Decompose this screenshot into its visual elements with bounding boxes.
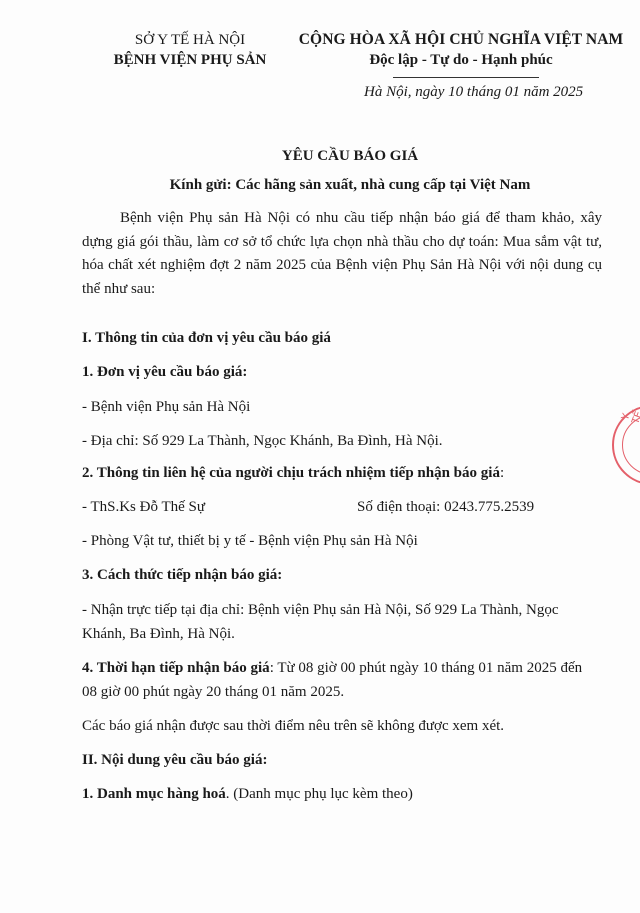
document-title: YÊU CẦU BÁO GIÁ [80, 148, 620, 165]
document-date: Hà Nội, ngày 10 tháng 01 năm 2025 [364, 84, 583, 101]
receipt-method-line1: - Nhận trực tiếp tại địa chỉ: Bệnh viện … [82, 602, 559, 619]
subsection-4-heading: 4. Thời hạn tiếp nhận báo giá: Từ 08 giờ… [82, 660, 582, 677]
subsection-3-heading: 3. Cách thức tiếp nhận báo giá: [82, 567, 282, 584]
late-quote-note: Các báo giá nhận được sau thời điểm nêu … [82, 718, 504, 735]
national-header: CỘNG HÒA XÃ HỘI CHỦ NGHĨA VIỆT NAM Độc l… [296, 30, 626, 70]
department-name: SỞ Y TẾ HÀ NỘI [90, 30, 290, 50]
goods-list-heading: 1. Danh mục hàng hoá. (Danh mục phụ lục … [82, 786, 413, 803]
unit-name: - Bệnh viện Phụ sản Hà Nội [82, 399, 250, 416]
receipt-method-line2: Khánh, Ba Đình, Hà Nội. [82, 626, 235, 643]
hospital-name: BỆNH VIỆN PHỤ SẢN [90, 50, 290, 70]
unit-address: - Địa chỉ: Số 929 La Thành, Ngọc Khánh, … [82, 433, 443, 450]
issuing-agency: SỞ Y TẾ HÀ NỘI BỆNH VIỆN PHỤ SẢN [90, 30, 290, 70]
national-motto: Độc lập - Tự do - Hạnh phúc [296, 50, 626, 70]
section-2-heading: II. Nội dung yêu cầu báo giá: [82, 752, 267, 769]
section-1-heading: I. Thông tin của đơn vị yêu cầu báo giá [82, 330, 331, 347]
document-page: SỞ Y TẾ HÀ NỘI BỆNH VIỆN PHỤ SẢN CỘNG HÒ… [0, 0, 640, 913]
contact-department: - Phòng Vật tư, thiết bị y tế - Bệnh việ… [82, 533, 418, 550]
contact-name: - ThS.Ks Đỗ Thế Sự [82, 499, 205, 516]
subsection-2-heading: 2. Thông tin liên hệ của người chịu trác… [82, 465, 504, 482]
intro-paragraph: Bệnh viện Phụ sản Hà Nội có nhu cầu tiếp… [82, 207, 602, 301]
country-name: CỘNG HÒA XÃ HỘI CHỦ NGHĨA VIỆT NAM [296, 30, 626, 50]
deadline-line2: 08 giờ 00 phút ngày 20 tháng 01 năm 2025… [82, 684, 344, 701]
subsection-1-heading: 1. Đơn vị yêu cầu báo giá: [82, 364, 247, 381]
intro-text: Bệnh viện Phụ sản Hà Nội có nhu cầu tiếp… [82, 210, 602, 297]
motto-underline [393, 77, 539, 78]
contact-phone: Số điện thoại: 0243.775.2539 [357, 499, 534, 516]
greeting: Kính gửi: Các hãng sản xuất, nhà cung cấ… [80, 177, 620, 194]
